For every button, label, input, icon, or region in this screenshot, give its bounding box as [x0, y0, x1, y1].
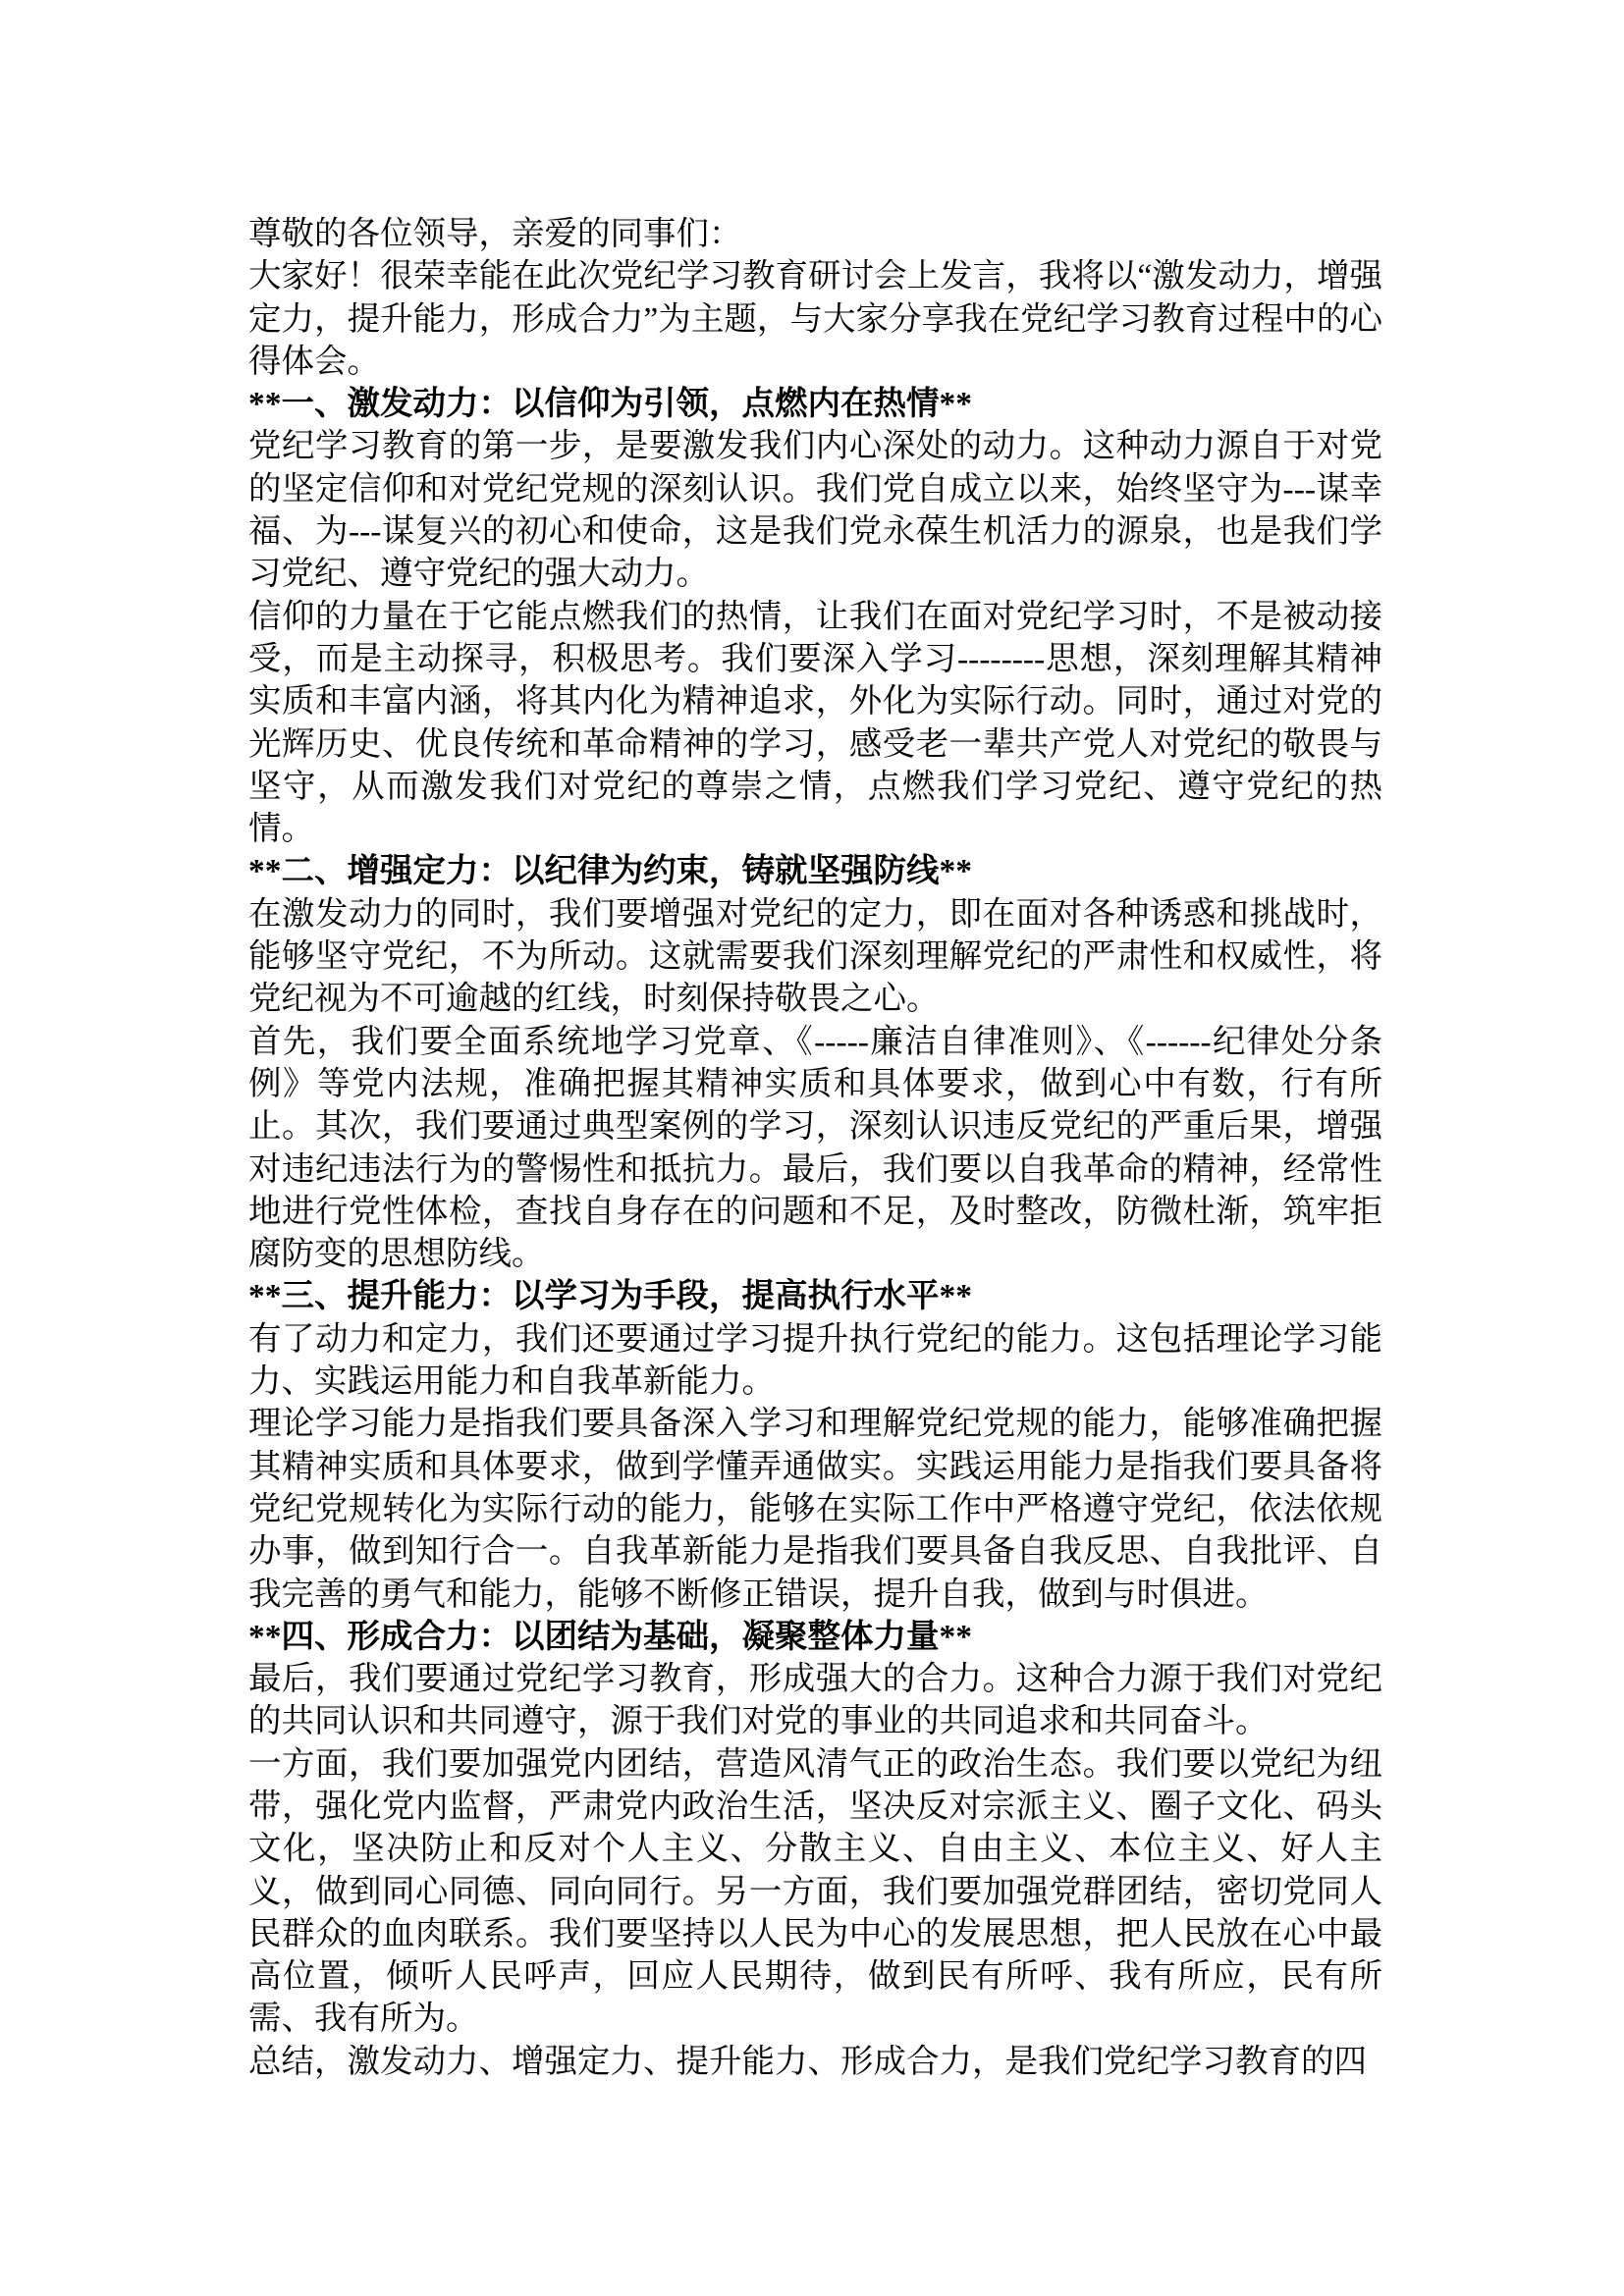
document-content: 尊敬的各位领导，亲爱的同事们： 大家好！很荣幸能在此次党纪学习教育研讨会上发言，…: [248, 213, 1382, 2083]
section-2-heading: **二、增强定力：以纪律为约束，铸就坚强防线**: [248, 850, 1382, 892]
section-1-paragraph-1: 党纪学习教育的第一步，是要激发我们内心深处的动力。这种动力源自于对党的坚定信仰和…: [248, 425, 1382, 595]
section-4-heading: **四、形成合力：以团结为基础，凝聚整体力量**: [248, 1616, 1382, 1658]
intro-paragraph: 大家好！很荣幸能在此次党纪学习教育研讨会上发言，我将以“激发动力，增强定力，提升…: [248, 255, 1382, 383]
salutation-line: 尊敬的各位领导，亲爱的同事们：: [248, 213, 1382, 255]
section-1-paragraph-2: 信仰的力量在于它能点燃我们的热情，让我们在面对党纪学习时，不是被动接受，而是主动…: [248, 596, 1382, 851]
section-4-paragraph-2: 一方面，我们要加强党内团结，营造风清气正的政治生态。我们要以党纪为纽带，强化党内…: [248, 1743, 1382, 2041]
section-3-paragraph-1: 有了动力和定力，我们还要通过学习提升执行党纪的能力。这包括理论学习能力、实践运用…: [248, 1318, 1382, 1404]
section-2-paragraph-2: 首先，我们要全面系统地学习党章、《-----廉洁自律准则》、《------纪律处…: [248, 1021, 1382, 1276]
section-3-heading: **三、提升能力：以学习为手段，提高执行水平**: [248, 1275, 1382, 1317]
section-4-paragraph-1: 最后，我们要通过党纪学习教育，形成强大的合力。这种合力源于我们对党纪的共同认识和…: [248, 1658, 1382, 1743]
section-2-paragraph-1: 在激发动力的同时，我们要增强对党纪的定力，即在面对各种诱惑和挑战时，能够坚守党纪…: [248, 893, 1382, 1021]
section-1-heading: **一、激发动力：以信仰为引领，点燃内在热情**: [248, 383, 1382, 425]
conclusion-paragraph: 总结，激发动力、增强定力、提升能力、形成合力，是我们党纪学习教育的四: [248, 2041, 1382, 2083]
section-3-paragraph-2: 理论学习能力是指我们要具备深入学习和理解党纪党规的能力，能够准确把握其精神实质和…: [248, 1403, 1382, 1615]
document-page: 尊敬的各位领导，亲爱的同事们： 大家好！很荣幸能在此次党纪学习教育研讨会上发言，…: [0, 0, 1624, 2296]
